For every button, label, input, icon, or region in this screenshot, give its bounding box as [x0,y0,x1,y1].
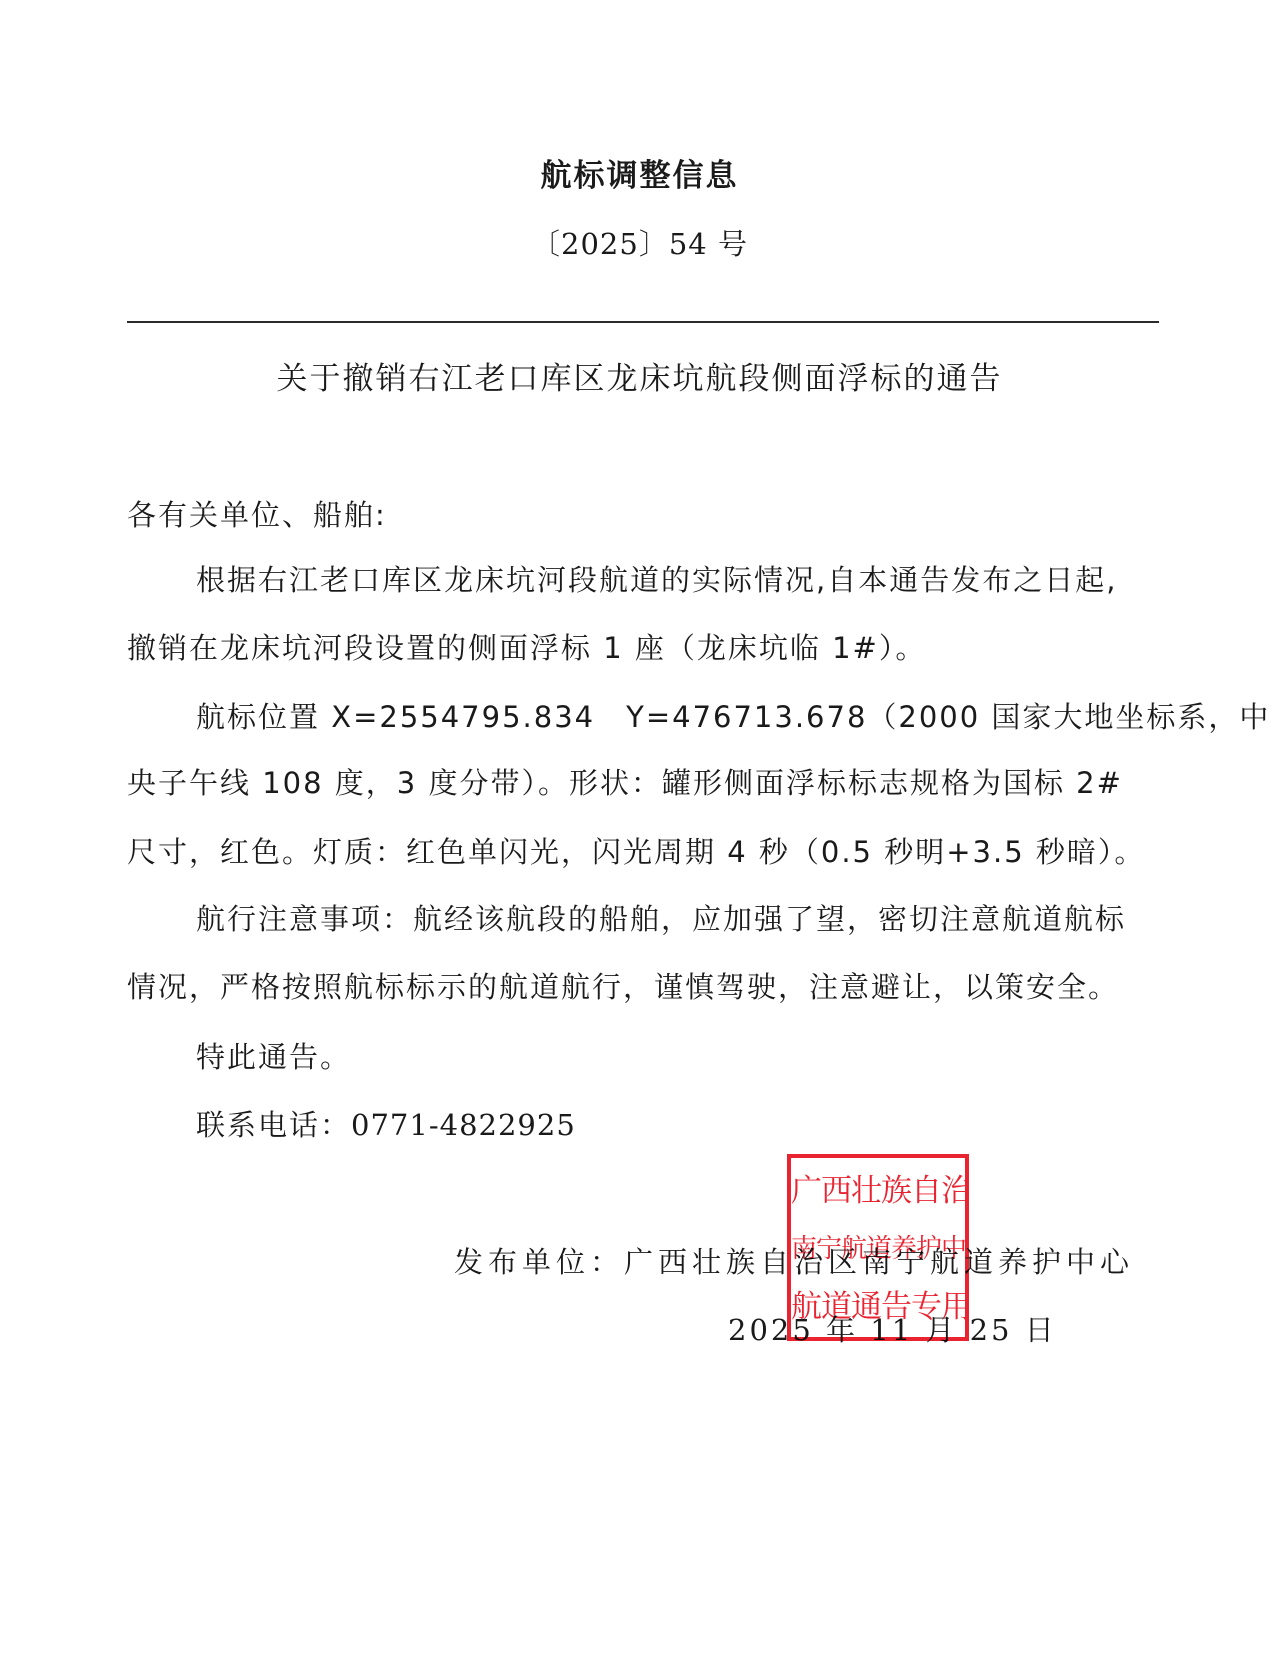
closing-line: 特此通告。 [196,1035,351,1076]
body-line: 航行注意事项：航经该航段的船舶，应加强了望，密切注意航道航标 [196,897,1126,938]
stamp-line: 航道通告专用章 [791,1278,965,1336]
body-line: 根据右江老口库区龙床坑河段航道的实际情况,自本通告发布之日起, [196,558,1117,599]
contact-label: 联系电话： [196,1108,351,1142]
body-line: 央子午线 108 度，3 度分带）。形状：罐形侧面浮标标志规格为国标 2# [127,761,1123,802]
body-line: 撤销在龙床坑河段设置的侧面浮标 1 座（龙床坑临 1#）。 [127,626,926,667]
body-line: 尺寸，红色。灯质：红色单闪光，闪光周期 4 秒（0.5 秒明+3.5 秒暗）。 [127,830,1145,871]
stamp-line: 南宁航道养护中心 [791,1220,965,1278]
body-line: 情况，严格按照航标标示的航道航行，谨慎驾驶，注意避让，以策安全。 [127,965,1119,1006]
body-line: 航标位置 X=2554795.834 Y=476713.678（2000 国家大… [196,695,1270,736]
document-title: 航标调整信息 [0,150,1279,195]
notice-heading: 关于撤销右江老口库区龙床坑航段侧面浮标的通告 [0,353,1279,398]
contact-phone: 0771-4822925 [351,1108,576,1142]
contact-line: 联系电话：0771-4822925 [196,1103,576,1144]
publisher-label: 发布单位： [454,1245,624,1279]
document-number: 〔2025〕54 号 [0,222,1279,263]
stamp-line: 广西壮族自治区 [791,1162,965,1220]
official-seal-stamp: 广西壮族自治区 南宁航道养护中心 航道通告专用章 [787,1154,969,1341]
salutation: 各有关单位、船舶: [127,493,387,534]
header-divider [127,321,1159,323]
